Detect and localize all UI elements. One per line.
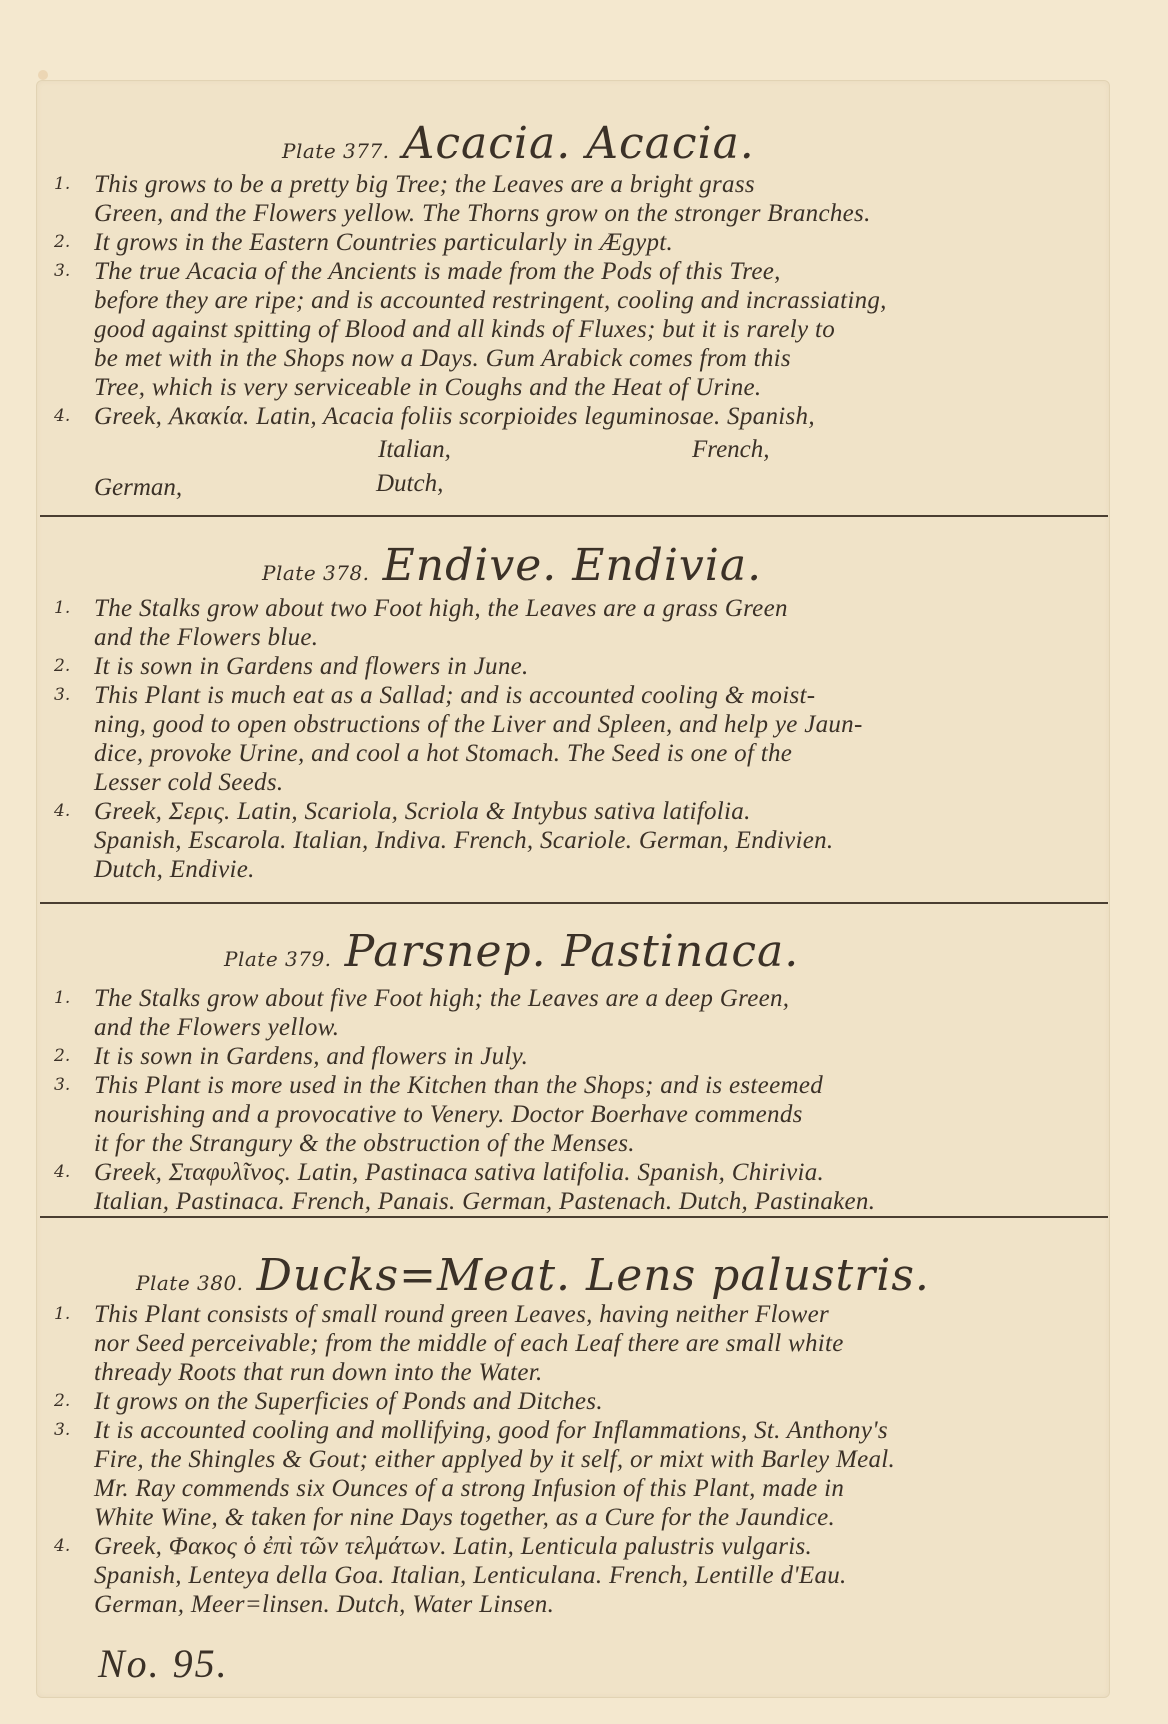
paper-stain bbox=[38, 70, 48, 80]
text-line: it for the Strangury & the obstruction o… bbox=[94, 1129, 1100, 1158]
section-divider bbox=[40, 902, 1108, 904]
plate-379-description: 1. The Stalks grow about five Foot high;… bbox=[50, 984, 1100, 1216]
item-number: 1. bbox=[54, 1300, 70, 1329]
text-line: It grows on the Superficies of Ponds and… bbox=[94, 1387, 1100, 1416]
section-divider bbox=[40, 1216, 1108, 1218]
text-line: This Plant is much eat as a Sallad; and … bbox=[94, 681, 1100, 710]
french-name-blank: French, bbox=[692, 436, 770, 464]
text-line: Spanish, Lenteya della Goa. Italian, Len… bbox=[94, 1561, 1100, 1590]
text-line: Spanish, Escarola. Italian, Indiva. Fren… bbox=[94, 826, 1100, 855]
plant-title: Parsnep. Pastinaca. bbox=[345, 926, 800, 977]
text-line: Mr. Ray commends six Ounces of a strong … bbox=[94, 1474, 1100, 1503]
description-item-1: 1. The Stalks grow about five Foot high;… bbox=[50, 984, 1100, 1042]
text-line: Greek, Σερις. Latin, Scariola, Scriola &… bbox=[94, 797, 1100, 826]
item-number: 1. bbox=[54, 594, 70, 623]
item-number: 1. bbox=[54, 170, 70, 199]
text-line: It is sown in Gardens and flowers in Jun… bbox=[94, 652, 1100, 681]
text-line: Lesser cold Seeds. bbox=[94, 768, 1100, 797]
plate-378-description: 1. The Stalks grow about two Foot high, … bbox=[50, 594, 1100, 884]
text-line: and the Flowers blue. bbox=[94, 623, 1100, 652]
text-line: The true Acacia of the Ancients is made … bbox=[94, 257, 1100, 286]
item-number: 4. bbox=[54, 402, 70, 431]
plate-377-description: 1. This grows to be a pretty big Tree; t… bbox=[50, 170, 1100, 431]
item-number: 3. bbox=[54, 681, 70, 710]
text-line: White Wine, & taken for nine Days togeth… bbox=[94, 1503, 1100, 1532]
text-line: nourishing and a provocative to Venery. … bbox=[94, 1100, 1100, 1129]
item-number: 1. bbox=[54, 984, 70, 1013]
text-line: Green, and the Flowers yellow. The Thorn… bbox=[94, 199, 1100, 228]
text-line: It is sown in Gardens, and flowers in Ju… bbox=[94, 1042, 1100, 1071]
text-line: Greek, Ακακία. Latin, Acacia foliis scor… bbox=[94, 402, 1100, 431]
item-number: 3. bbox=[54, 1071, 70, 1100]
description-item-4: 4. Greek, Σερις. Latin, Scariola, Scriol… bbox=[50, 797, 1100, 884]
page-number-label: No. 95. bbox=[98, 1640, 229, 1687]
description-item-3: 3. This Plant is much eat as a Sallad; a… bbox=[50, 681, 1100, 797]
text-line: be met with in the Shops now a Days. Gum… bbox=[94, 344, 1100, 373]
plate-number: Plate 379. bbox=[224, 947, 332, 971]
text-line: The Stalks grow about five Foot high; th… bbox=[94, 984, 1100, 1013]
text-line: and the Flowers yellow. bbox=[94, 1013, 1100, 1042]
plant-title: Acacia. Acacia. bbox=[403, 118, 755, 169]
text-line: This Plant is more used in the Kitchen t… bbox=[94, 1071, 1100, 1100]
description-item-4: 4. Greek, Σταφυλῖνος. Latin, Pastinaca s… bbox=[50, 1158, 1100, 1216]
description-item-2: 2. It grows in the Eastern Countries par… bbox=[50, 228, 1100, 257]
description-item-4: 4. Greek, Ακακία. Latin, Acacia foliis s… bbox=[50, 402, 1100, 431]
text-line: Greek, Φακος ὁ ἐπὶ τῶν τελμάτων. Latin, … bbox=[94, 1532, 1100, 1561]
text-line: good against spitting of Blood and all k… bbox=[94, 315, 1100, 344]
dutch-name-blank: Dutch, bbox=[376, 470, 443, 498]
description-item-1: 1. This grows to be a pretty big Tree; t… bbox=[50, 170, 1100, 228]
item-number: 2. bbox=[54, 228, 70, 257]
text-line: Greek, Σταφυλῖνος. Latin, Pastinaca sati… bbox=[94, 1158, 1100, 1187]
description-item-3: 3. The true Acacia of the Ancients is ma… bbox=[50, 257, 1100, 402]
section-divider bbox=[40, 515, 1108, 517]
text-line: dice, provoke Urine, and cool a hot Stom… bbox=[94, 739, 1100, 768]
plate-number: Plate 377. bbox=[282, 139, 390, 163]
text-line: before they are ripe; and is accounted r… bbox=[94, 286, 1100, 315]
text-line: Fire, the Shingles & Gout; either applye… bbox=[94, 1445, 1100, 1474]
plate-380-description: 1. This Plant consists of small round gr… bbox=[50, 1300, 1100, 1619]
description-item-1: 1. This Plant consists of small round gr… bbox=[50, 1300, 1100, 1387]
german-name-blank: German, bbox=[94, 474, 182, 502]
description-item-4: 4. Greek, Φακος ὁ ἐπὶ τῶν τελμάτων. Lati… bbox=[50, 1532, 1100, 1619]
plate-number: Plate 378. bbox=[262, 561, 370, 585]
text-line: It grows in the Eastern Countries partic… bbox=[94, 228, 1100, 257]
text-line: Tree, which is very serviceable in Cough… bbox=[94, 373, 1100, 402]
text-line: nor Seed perceivable; from the middle of… bbox=[94, 1329, 1100, 1358]
text-line: German, Meer=linsen. Dutch, Water Linsen… bbox=[94, 1590, 1100, 1619]
description-item-2: 2. It is sown in Gardens, and flowers in… bbox=[50, 1042, 1100, 1071]
text-line: This grows to be a pretty big Tree; the … bbox=[94, 170, 1100, 199]
italian-name-blank: Italian, bbox=[378, 436, 451, 464]
plate-378-heading: Plate 378. Endive. Endivia. bbox=[262, 540, 762, 591]
text-line: ning, good to open obstructions of the L… bbox=[94, 710, 1100, 739]
plant-title: Ducks=Meat. Lens palustris. bbox=[257, 1250, 930, 1301]
description-item-3: 3. This Plant is more used in the Kitche… bbox=[50, 1071, 1100, 1158]
text-line: It is accounted cooling and mollifying, … bbox=[94, 1416, 1100, 1445]
plate-number: Plate 380. bbox=[136, 1271, 244, 1295]
plant-title: Endive. Endivia. bbox=[383, 540, 762, 591]
item-number: 3. bbox=[54, 1416, 70, 1445]
item-number: 2. bbox=[54, 1387, 70, 1416]
description-item-2: 2. It is sown in Gardens and flowers in … bbox=[50, 652, 1100, 681]
plate-377-heading: Plate 377. Acacia. Acacia. bbox=[282, 118, 755, 169]
text-line: Dutch, Endivie. bbox=[94, 855, 1100, 884]
text-line: thready Roots that run down into the Wat… bbox=[94, 1358, 1100, 1387]
item-number: 3. bbox=[54, 257, 70, 286]
text-line: Italian, Pastinaca. French, Panais. Germ… bbox=[94, 1187, 1100, 1216]
plate-380-heading: Plate 380. Ducks=Meat. Lens palustris. bbox=[136, 1250, 930, 1301]
item-number: 4. bbox=[54, 797, 70, 826]
text-line: The Stalks grow about two Foot high, the… bbox=[94, 594, 1100, 623]
description-item-3: 3. It is accounted cooling and mollifyin… bbox=[50, 1416, 1100, 1532]
item-number: 2. bbox=[54, 1042, 70, 1071]
text-line: This Plant consists of small round green… bbox=[94, 1300, 1100, 1329]
item-number: 4. bbox=[54, 1158, 70, 1187]
plate-379-heading: Plate 379. Parsnep. Pastinaca. bbox=[224, 926, 799, 977]
item-number: 2. bbox=[54, 652, 70, 681]
item-number: 4. bbox=[54, 1532, 70, 1561]
description-item-2: 2. It grows on the Superficies of Ponds … bbox=[50, 1387, 1100, 1416]
description-item-1: 1. The Stalks grow about two Foot high, … bbox=[50, 594, 1100, 652]
